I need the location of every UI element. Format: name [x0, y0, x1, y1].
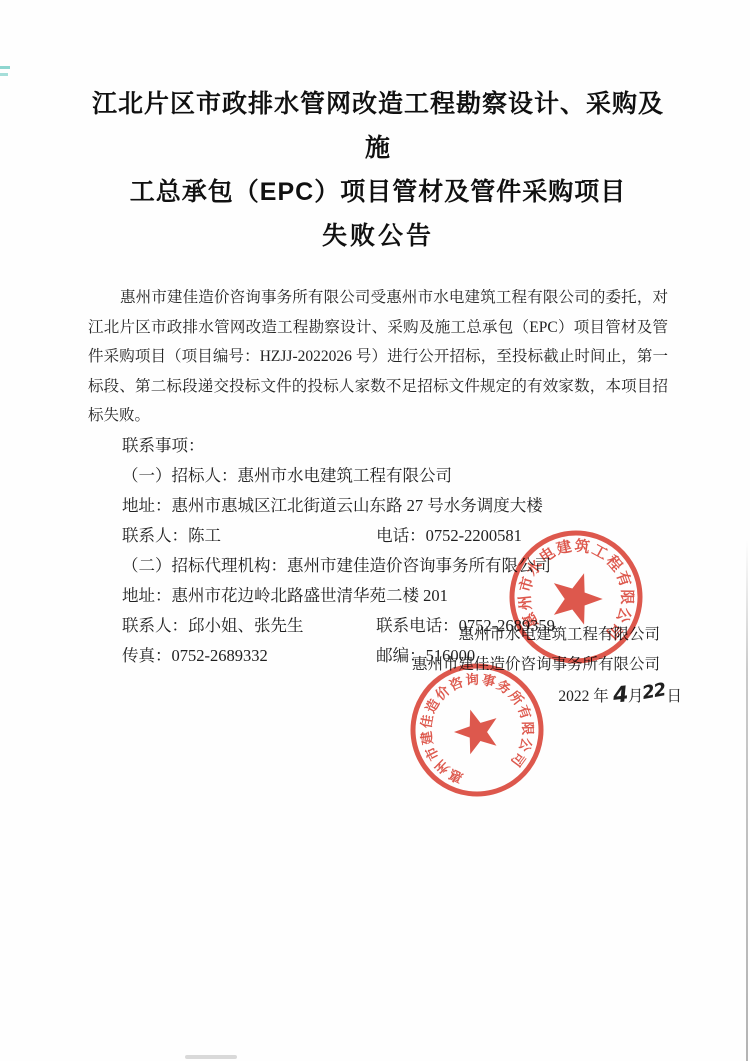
title-line-1: 江北片区市政排水管网改造工程勘察设计、采购及施	[88, 82, 668, 170]
title-line-2: 工总承包（EPC）项目管材及管件采购项目	[88, 170, 668, 214]
tenderer-title: （一）招标人：惠州市水电建筑工程有限公司	[88, 461, 668, 491]
date-day-handwritten: 22	[640, 675, 668, 709]
scanned-announcement-page: 江北片区市政排水管网改造工程勘察设计、采购及施 工总承包（EPC）项目管材及管件…	[0, 0, 750, 1061]
announcement-body: 惠州市建佳造价咨询事务所有限公司受惠州市水电建筑工程有限公司的委托，对江北片区市…	[88, 283, 668, 431]
document-title: 江北片区市政排水管网改造工程勘察设计、采购及施 工总承包（EPC）项目管材及管件…	[88, 82, 668, 258]
round-seal-icon: 惠州市建佳造价咨询事务所有限公司	[398, 651, 556, 809]
star-icon	[545, 565, 609, 627]
scan-artifact-teal-mark	[0, 73, 8, 76]
agency-fax: 传真：0752-2689332	[122, 641, 372, 671]
company-seal-consulting-agency: 惠州市建佳造价咨询事务所有限公司	[398, 651, 556, 809]
tenderer-contact-person: 联系人：陈工	[122, 521, 372, 551]
tenderer-address: 地址：惠州市惠城区江北街道云山东路 27 号水务调度大楼	[88, 491, 668, 521]
date-day-unit: 日	[666, 688, 682, 705]
star-icon	[449, 703, 505, 757]
title-failure-notice: 失败公告	[88, 214, 668, 258]
contact-heading: 联系事项：	[88, 431, 668, 461]
scan-artifact-edge-line	[746, 540, 748, 1061]
date-year: 2022 年	[558, 688, 608, 705]
scan-artifact-teal-mark	[0, 66, 10, 69]
agency-contact-person: 联系人：邱小姐、张先生	[122, 611, 372, 641]
date-month-handwritten: 4	[611, 680, 629, 711]
scan-artifact-smudge	[185, 1055, 237, 1059]
